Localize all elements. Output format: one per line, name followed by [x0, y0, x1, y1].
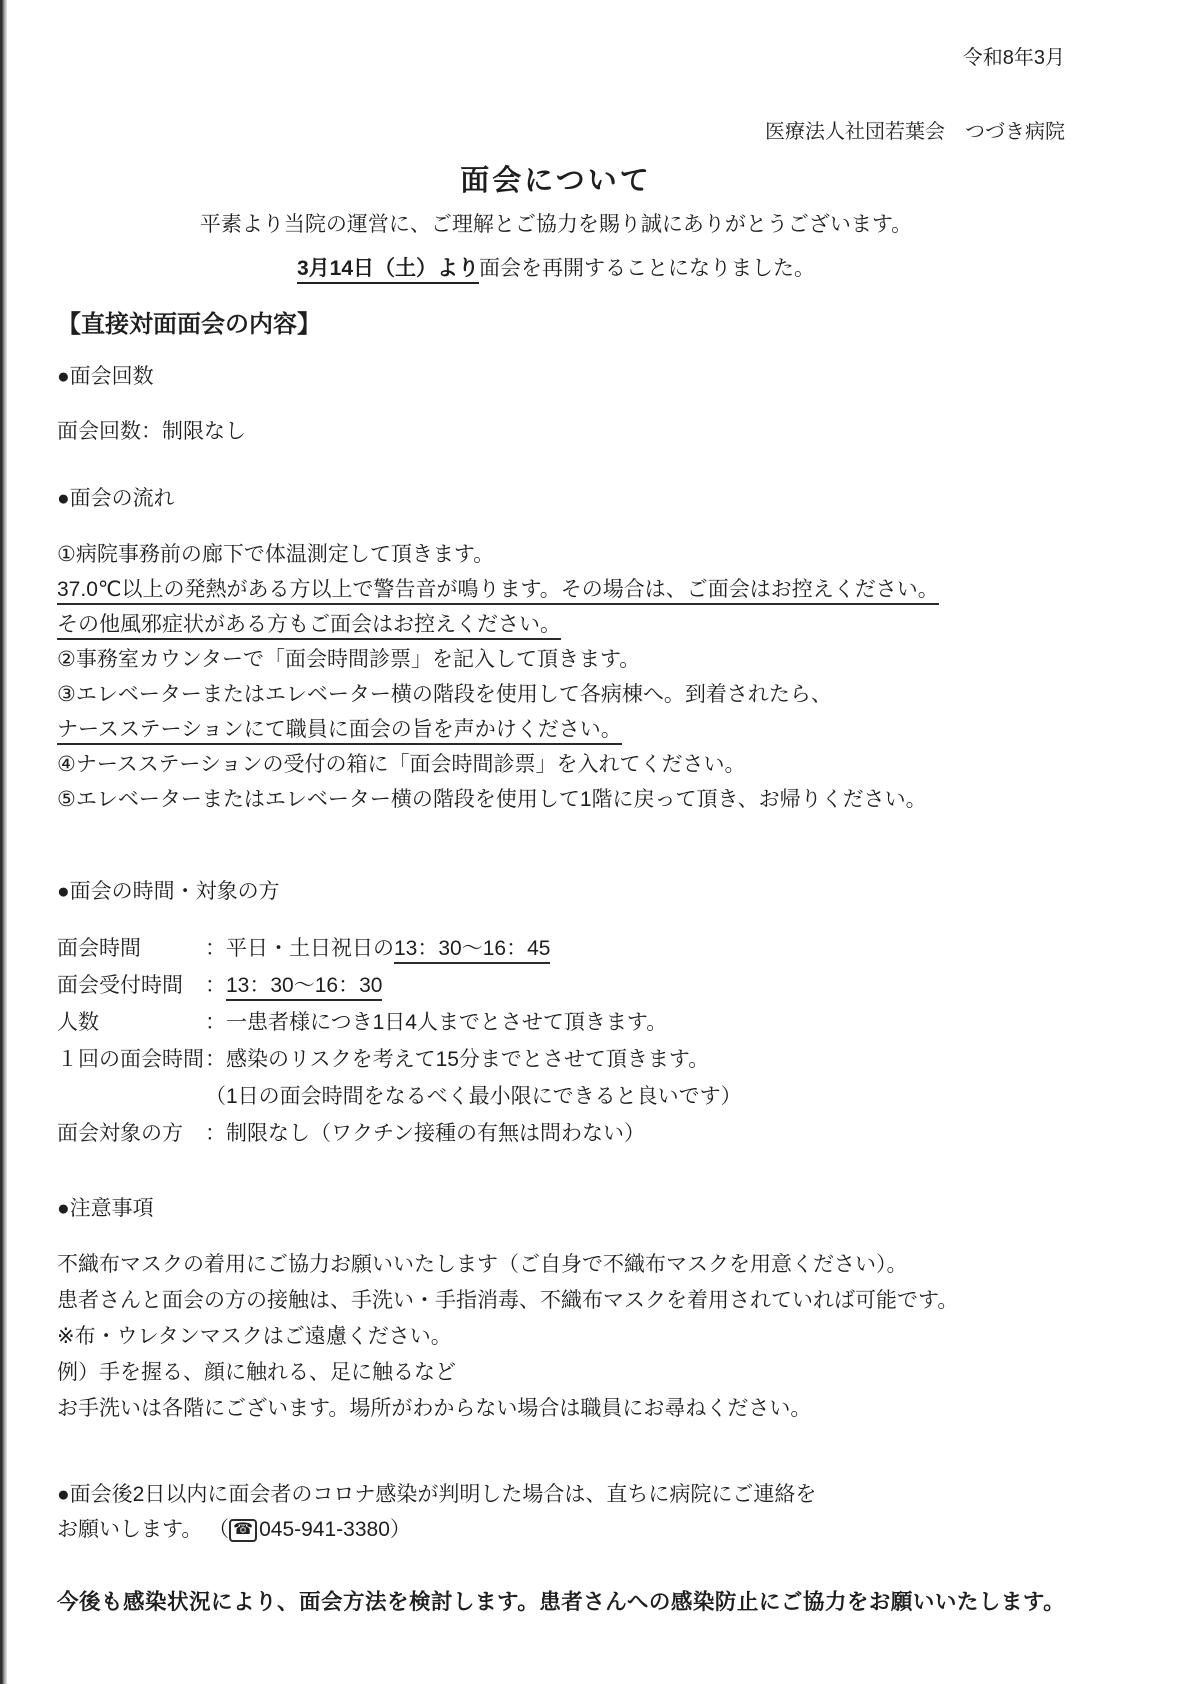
flow-step-2-wrap: 37.0℃以上の発熱がある方以上で警告音が鳴ります。その場合は、ご面会はお控えく… — [57, 572, 1095, 607]
section-heading-direct-visit: 【直接対面面会の内容】 — [57, 310, 1095, 340]
schedule-label: 面会受付時間 — [57, 967, 205, 1004]
schedule-row-eligible-visitors: 面会対象の方：制限なし（ワクチン接種の有無は問わない） — [57, 1115, 1095, 1152]
covid-report-line: ●面会後2日以内に面会者のコロナ感染が判明した場合は、直ちに病院にご連絡を — [57, 1477, 1095, 1512]
schedule-rows: 面会時間：平日・土日祝日の13：30～16：45 面会受付時間：13：30～16… — [57, 930, 1095, 1152]
intro-reopen-line: 3月14日（土）より面会を再開することになりました。 — [57, 255, 1055, 283]
schedule-label: 面会時間 — [57, 930, 205, 967]
visit-count-detail: 面会回数：制限なし — [57, 415, 1095, 449]
flow-step-8: ⑤エレベーターまたはエレベーター横の階段を使用して1階に戻って頂き、お帰りくださ… — [57, 782, 1095, 817]
schedule-label: 人数 — [57, 1004, 205, 1041]
flow-step-1: ①病院事務前の廊下で体温測定して頂きます。 — [57, 537, 1095, 572]
flow-step-4: ②事務室カウンターで「面会時間診票」を記入して頂きます。 — [57, 642, 1095, 677]
flow-step-3: その他風邪症状がある方もご面会はお控えください。 — [57, 613, 561, 640]
flow-step-5: ③エレベーターまたはエレベーター横の階段を使用して各病棟へ。到着されたら、 — [57, 677, 1095, 712]
schedule-label: 面会対象の方 — [57, 1115, 205, 1152]
note-contact-allowed: 患者さんと面会の方の接触は、手洗い・手指消毒、不織布マスクを着用されていれば可能… — [57, 1283, 1095, 1319]
reopen-date-emphasis: 3月14日（土）より — [297, 257, 479, 284]
schedule-row-reception-hours: 面会受付時間：13：30～16：30 — [57, 967, 1095, 1004]
note-mask-request: 不織布マスクの着用にご協力お願いいたします（ご自身で不織布マスクを用意ください）… — [57, 1247, 1095, 1283]
document-date: 令和8年3月 — [57, 0, 1095, 70]
phone-number: 045-941-3380 — [259, 1518, 390, 1541]
contact-section: ●面会後2日以内に面会者のコロナ感染が判明した場合は、直ちに病院にご連絡を お願… — [57, 1477, 1095, 1547]
schedule-colon: ： — [205, 937, 226, 960]
page-title: 面会について — [57, 158, 1055, 199]
visit-flow-heading: ●面会の流れ — [57, 482, 1095, 516]
schedule-value: （1日の面会時間をなるべく最小限にできると良いです） — [205, 1085, 742, 1108]
schedule-value-underlined: 13：30～16：30 — [226, 974, 382, 1001]
schedule-colon: ： — [205, 974, 226, 997]
visit-count-heading: ●面会回数 — [57, 360, 1095, 394]
visit-flow-steps: ①病院事務前の廊下で体温測定して頂きます。 37.0℃以上の発熱がある方以上で警… — [57, 537, 1095, 817]
phone-line-prefix: お願いします。 （ — [57, 1518, 229, 1541]
schedule-value: 平日・土日祝日の — [226, 937, 394, 960]
flow-step-3-wrap: その他風邪症状がある方もご面会はお控えください。 — [57, 607, 1095, 642]
note-restroom: お手洗いは各階にございます。場所がわからない場合は職員にお尋ねください。 — [57, 1391, 1095, 1427]
schedule-colon: ： — [205, 1122, 226, 1145]
intro-greeting: 平素より当院の運営に、ご理解とご協力を賜り誠にありがとうございます。 — [57, 212, 1055, 238]
flow-step-6: ナースステーションにて職員に面会の旨を声かけください。 — [57, 718, 622, 745]
phone-line: お願いします。 （☎045-941-3380） — [57, 1512, 1095, 1547]
schedule-value-underlined: 13：30～16：45 — [394, 937, 550, 964]
schedule-row-visit-hours: 面会時間：平日・土日祝日の13：30～16：45 — [57, 930, 1095, 967]
schedule-value: 一患者様につき1日4人までとさせて頂きます。 — [226, 1011, 667, 1034]
schedule-colon: ： — [205, 1048, 226, 1071]
schedule-row-duration-note: （1日の面会時間をなるべく最小限にできると良いです） — [57, 1078, 1095, 1115]
schedule-value: 制限なし（ワクチン接種の有無は問わない） — [226, 1122, 645, 1145]
note-mask-type: ※布・ウレタンマスクはご遠慮ください。 — [57, 1319, 1095, 1355]
organization-name: 医療法人社団若葉会 つづき病院 — [57, 120, 1095, 144]
schedule-row-visit-duration: １回の面会時間：感染のリスクを考えて15分までとさせて頂きます。 — [57, 1041, 1095, 1078]
phone-line-suffix: ） — [390, 1518, 411, 1541]
phone-icon: ☎ — [229, 1519, 257, 1542]
document-page: 令和8年3月 医療法人社団若葉会 つづき病院 面会について 平素より当院の運営に… — [0, 0, 1190, 1684]
reopen-rest: 面会を再開することになりました。 — [479, 257, 815, 280]
schedule-label: １回の面会時間 — [57, 1041, 205, 1078]
schedule-value: 感染のリスクを考えて15分までとさせて頂きます。 — [226, 1048, 709, 1071]
scan-edge-artifact — [0, 0, 7, 1684]
notes-section: ●注意事項 不織布マスクの着用にご協力お願いいたします（ご自身で不織布マスクを用… — [57, 1192, 1095, 1427]
schedule-row-visitor-limit: 人数：一患者様につき1日4人までとさせて頂きます。 — [57, 1004, 1095, 1041]
footer-message: 今後も感染状況により、面会方法を検討します。患者さんへの感染防止にご協力をお願い… — [57, 1587, 1095, 1617]
schedule-heading: ●面会の時間・対象の方 — [57, 875, 1095, 909]
schedule-colon: ： — [205, 1011, 226, 1034]
flow-step-7: ④ナースステーションの受付の箱に「面会時間診票」を入れてください。 — [57, 747, 1095, 782]
document-content: 令和8年3月 医療法人社団若葉会 つづき病院 面会について 平素より当院の運営に… — [0, 0, 1190, 1617]
flow-step-6-wrap: ナースステーションにて職員に面会の旨を声かけください。 — [57, 712, 1095, 747]
note-contact-example: 例）手を握る、顔に触れる、足に触るなど — [57, 1355, 1095, 1391]
notes-heading: ●注意事項 — [57, 1192, 1095, 1226]
flow-step-2: 37.0℃以上の発熱がある方以上で警告音が鳴ります。その場合は、ご面会はお控えく… — [57, 578, 939, 605]
